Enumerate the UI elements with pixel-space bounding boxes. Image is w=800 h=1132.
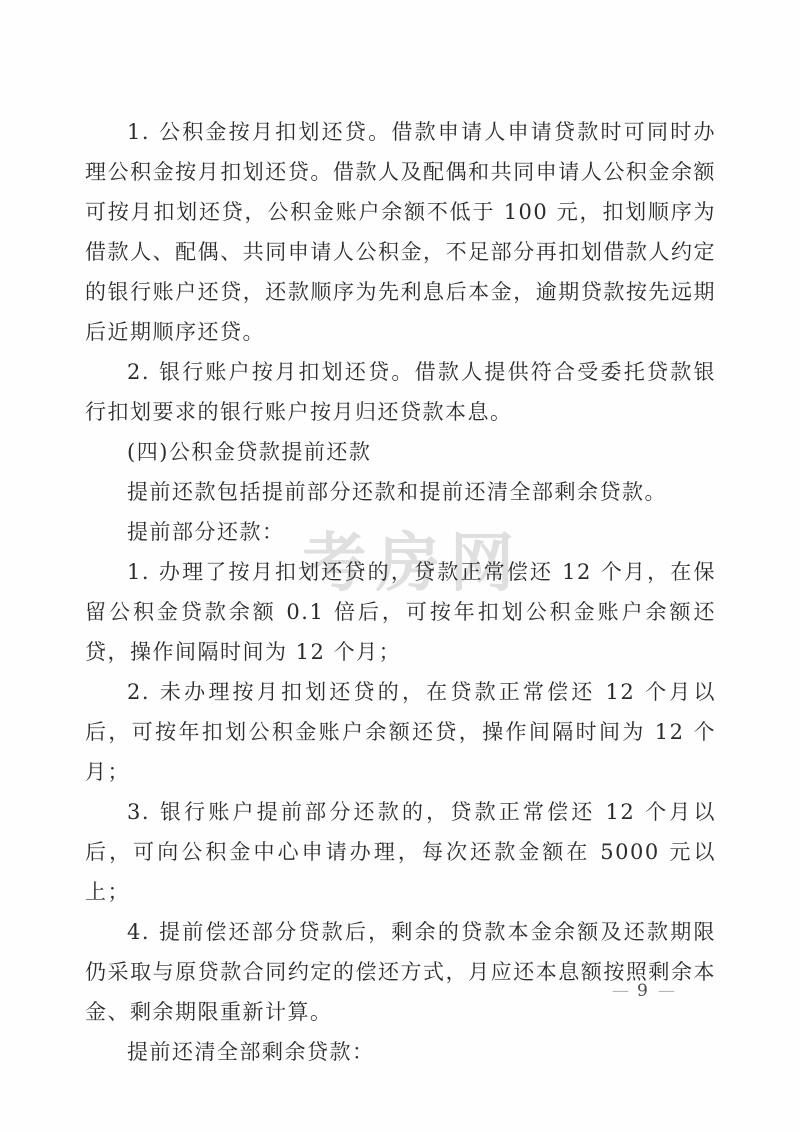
page-number-value: 9 [637, 981, 648, 1001]
paragraph: 提前还清全部剩余贷款： [85, 1032, 716, 1072]
page-number-right-dash: — [658, 981, 673, 1001]
paragraph: 4. 提前偿还部分贷款后，剩余的贷款本金余额及还款期限仍采取与原贷款合同约定的偿… [85, 912, 716, 1032]
paragraph: 2. 未办理按月扣划还贷的，在贷款正常偿还 12 个月以后，可按年扣划公积金账户… [85, 672, 716, 792]
paragraph: 提前部分还款： [85, 512, 716, 552]
document-page: 考房网 1. 公积金按月扣划还贷。借款申请人申请贷款时可同时办理公积金按月扣划还… [0, 0, 800, 1132]
paragraph: 3. 银行账户提前部分还款的，贷款正常偿还 12 个月以后，可向公积金中心申请办… [85, 792, 716, 912]
paragraph: (四)公积金贷款提前还款 [85, 432, 716, 472]
document-body: 1. 公积金按月扣划还贷。借款申请人申请贷款时可同时办理公积金按月扣划还贷。借款… [85, 112, 716, 1072]
paragraph: 1. 办理了按月扣划还贷的，贷款正常偿还 12 个月，在保留公积金贷款余额 0.… [85, 552, 716, 672]
paragraph: 提前还款包括提前部分还款和提前还清全部剩余贷款。 [85, 472, 716, 512]
paragraph: 2. 银行账户按月扣划还贷。借款人提供符合受委托贷款银行扣划要求的银行账户按月归… [85, 352, 716, 432]
page-number-left-dash: — [612, 981, 627, 1001]
paragraph: 1. 公积金按月扣划还贷。借款申请人申请贷款时可同时办理公积金按月扣划还贷。借款… [85, 112, 716, 352]
page-number: — 9 — [612, 981, 673, 1001]
